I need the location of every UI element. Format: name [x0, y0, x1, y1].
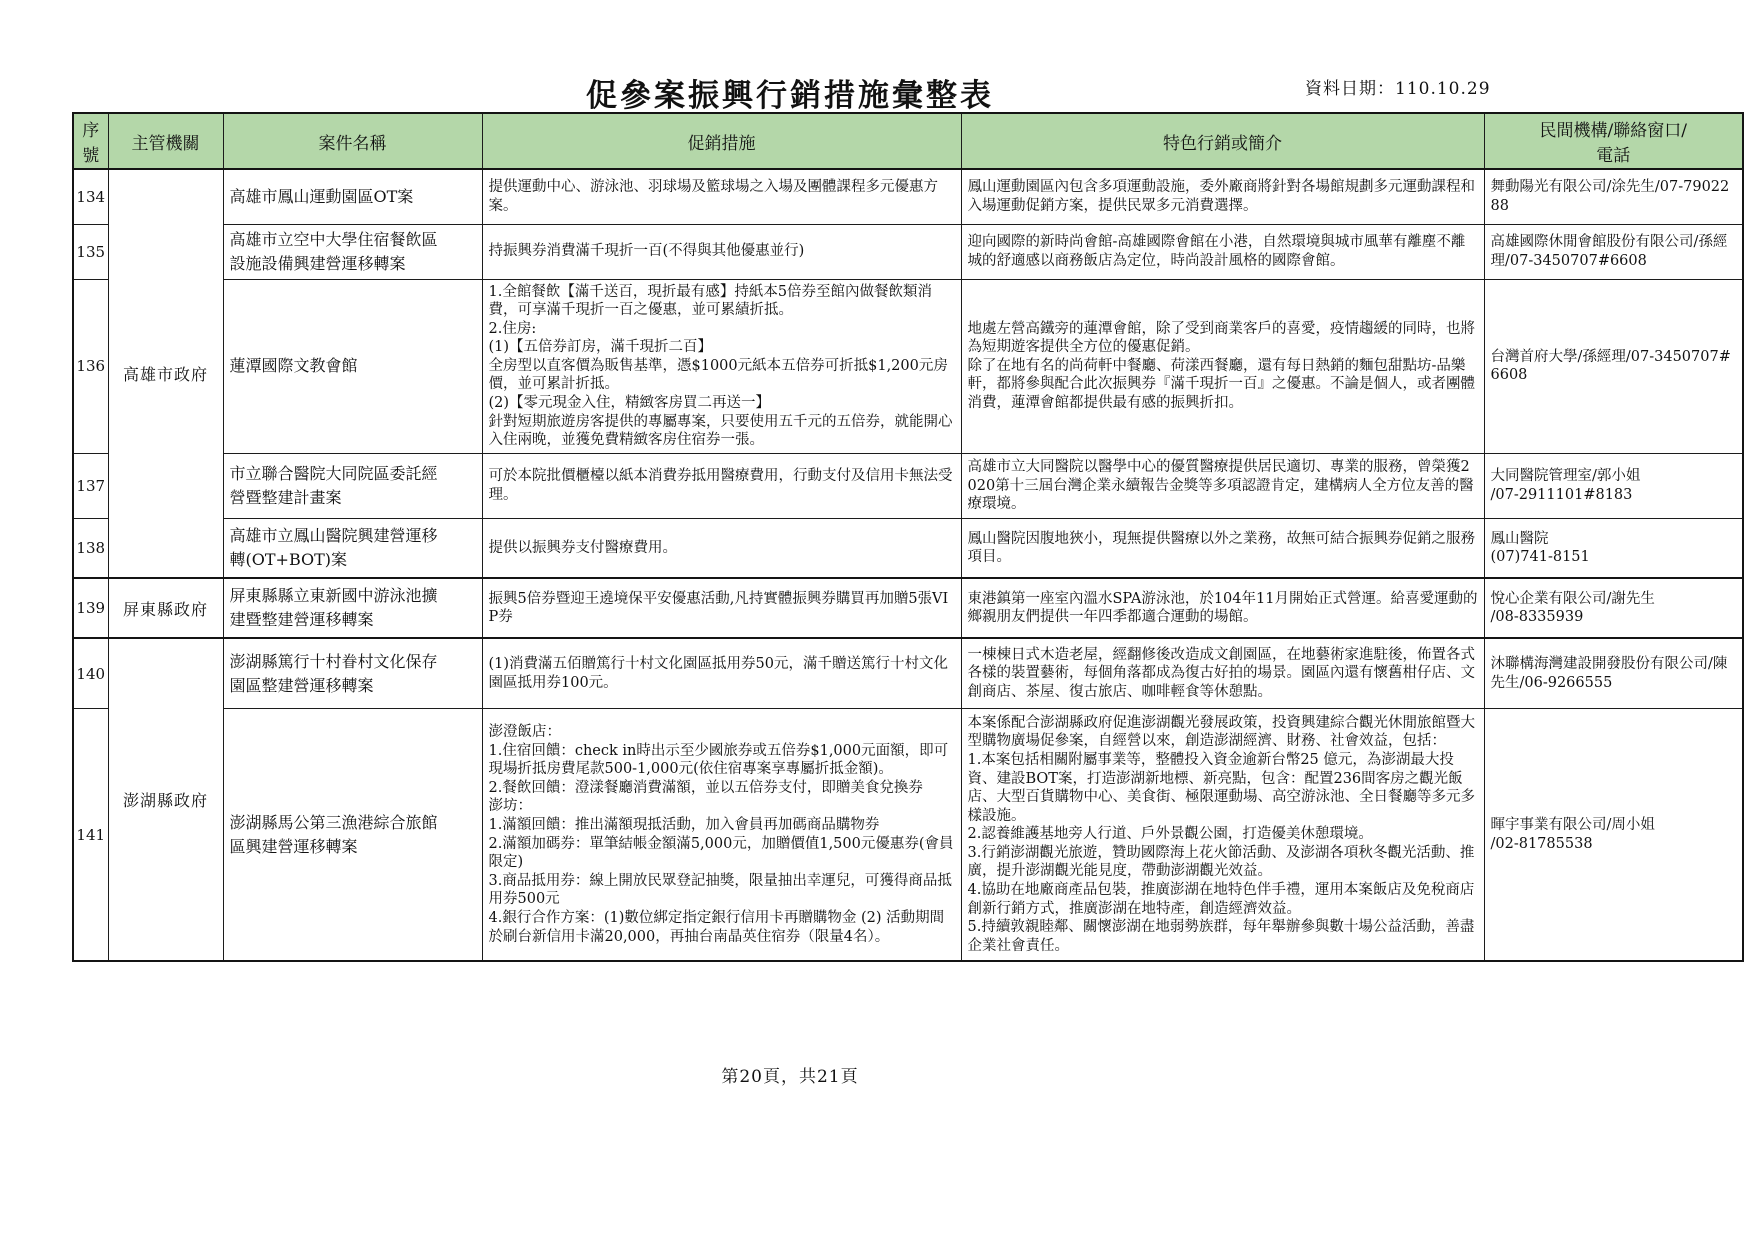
serial-cell: 135	[73, 224, 108, 279]
promo-cell: 澎澄飯店： 1.住宿回饋：check in時出示至少國旅券或五倍券$1,000元…	[482, 708, 961, 961]
header-case-name: 案件名稱	[223, 113, 482, 169]
contact-cell: 沐聯構海灣建設開發股份有限公司/陳先生/06-9266555	[1484, 638, 1743, 708]
case-name-cell: 市立聯合醫院大同院區委託經 營暨整建計畫案	[223, 453, 482, 518]
contact-cell: 鳳山醫院 (07)741-8151	[1484, 518, 1743, 578]
case-name-cell: 屏東縣縣立東新國中游泳池擴 建暨整建營運移轉案	[223, 578, 482, 638]
table-row: 141 澎湖縣馬公第三漁港綜合旅館 區興建營運移轉案 澎澄飯店： 1.住宿回饋：…	[73, 708, 1743, 961]
promo-cell: 振興5倍券暨迎王遶境保平安優惠活動,凡持實體振興券購買再加贈5張VIP券	[482, 578, 961, 638]
promo-cell: 提供運動中心、游泳池、羽球場及籃球場之入場及團體課程多元優惠方案。	[482, 169, 961, 224]
serial-cell: 140	[73, 638, 108, 708]
feature-cell: 一棟棟日式木造老屋，經翻修後改造成文創園區，在地藝術家進駐後，佈置各式各樣的裝置…	[961, 638, 1484, 708]
document-page: 促參案振興行銷措施彙整表 資料日期：110.10.29 序號 主管機關 案件名稱…	[0, 0, 1754, 1240]
case-name-cell: 高雄市立空中大學住宿餐飲區 設施設備興建營運移轉案	[223, 224, 482, 279]
agency-cell-kaohsiung: 高雄市政府	[108, 169, 223, 578]
case-name-cell: 澎湖縣篤行十村眷村文化保存 園區整建營運移轉案	[223, 638, 482, 708]
data-date-label: 資料日期：110.10.29	[1305, 74, 1491, 99]
table-row: 137 市立聯合醫院大同院區委託經 營暨整建計畫案 可於本院批價櫃檯以紙本消費券…	[73, 453, 1743, 518]
header-contact: 民間機構/聯絡窗口/ 電話	[1484, 113, 1743, 169]
promo-measures-table: 序號 主管機關 案件名稱 促銷措施 特色行銷或簡介 民間機構/聯絡窗口/ 電話 …	[72, 112, 1744, 962]
serial-cell: 136	[73, 279, 108, 453]
feature-cell: 鳳山醫院因腹地狹小，現無提供醫療以外之業務，故無可結合振興券促銷之服務項目。	[961, 518, 1484, 578]
table-row: 139 屏東縣政府 屏東縣縣立東新國中游泳池擴 建暨整建營運移轉案 振興5倍券暨…	[73, 578, 1743, 638]
contact-cell: 台灣首府大學/孫經理/07-3450707#6608	[1484, 279, 1743, 453]
promo-cell: (1)消費滿五佰贈篤行十村文化園區抵用券50元，滿千贈送篤行十村文化園區抵用券1…	[482, 638, 961, 708]
table-row: 140 澎湖縣政府 澎湖縣篤行十村眷村文化保存 園區整建營運移轉案 (1)消費滿…	[73, 638, 1743, 708]
promo-cell: 可於本院批價櫃檯以紙本消費券抵用醫療費用，行動支付及信用卡無法受理。	[482, 453, 961, 518]
table-row: 138 高雄市立鳳山醫院興建營運移 轉(OT+BOT)案 提供以振興券支付醫療費…	[73, 518, 1743, 578]
header-serial: 序號	[73, 113, 108, 169]
promo-cell: 提供以振興券支付醫療費用。	[482, 518, 961, 578]
header-promo: 促銷措施	[482, 113, 961, 169]
page-number: 第20頁，共21頁	[0, 1062, 1580, 1087]
feature-cell: 地處左營高鐵旁的蓮潭會館，除了受到商業客戶的喜愛，疫情趨緩的同時，也將為短期遊客…	[961, 279, 1484, 453]
feature-cell: 高雄市立大同醫院以醫學中心的優質醫療提供居民適切、專業的服務，曾榮獲2020第十…	[961, 453, 1484, 518]
case-name-cell: 高雄市立鳳山醫院興建營運移 轉(OT+BOT)案	[223, 518, 482, 578]
case-name-cell: 蓮潭國際文教會館	[223, 279, 482, 453]
feature-cell: 迎向國際的新時尚會館-高雄國際會館在小港，自然環境與城市風華有離塵不離城的舒適感…	[961, 224, 1484, 279]
serial-cell: 138	[73, 518, 108, 578]
serial-cell: 134	[73, 169, 108, 224]
promo-cell: 1.全館餐飲【滿千送百，現折最有感】持紙本5倍券至館內做餐飲類消費，可享滿千現折…	[482, 279, 961, 453]
contact-cell: 高雄國際休閒會館股份有限公司/孫經理/07-3450707#6608	[1484, 224, 1743, 279]
feature-cell: 本案係配合澎湖縣政府促進澎湖觀光發展政策，投資興建綜合觀光休閒旅館暨大型購物廣場…	[961, 708, 1484, 961]
agency-cell-pingtung: 屏東縣政府	[108, 578, 223, 638]
serial-cell: 139	[73, 578, 108, 638]
table-row: 134 高雄市政府 高雄市鳳山運動園區OT案 提供運動中心、游泳池、羽球場及籃球…	[73, 169, 1743, 224]
header-row: 序號 主管機關 案件名稱 促銷措施 特色行銷或簡介 民間機構/聯絡窗口/ 電話	[73, 113, 1743, 169]
contact-cell: 悅心企業有限公司/謝先生 /08-8335939	[1484, 578, 1743, 638]
contact-cell: 舞動陽光有限公司/涂先生/07-7902288	[1484, 169, 1743, 224]
case-name-cell: 高雄市鳳山運動園區OT案	[223, 169, 482, 224]
header-feature: 特色行銷或簡介	[961, 113, 1484, 169]
table-row: 135 高雄市立空中大學住宿餐飲區 設施設備興建營運移轉案 持振興券消費滿千現折…	[73, 224, 1743, 279]
agency-cell-penghu: 澎湖縣政府	[108, 638, 223, 961]
case-name-cell: 澎湖縣馬公第三漁港綜合旅館 區興建營運移轉案	[223, 708, 482, 961]
contact-cell: 大同醫院管理室/郭小姐 /07-2911101#8183	[1484, 453, 1743, 518]
promo-cell: 持振興券消費滿千現折一百(不得與其他優惠並行)	[482, 224, 961, 279]
table-row: 136 蓮潭國際文教會館 1.全館餐飲【滿千送百，現折最有感】持紙本5倍券至館內…	[73, 279, 1743, 453]
serial-cell: 137	[73, 453, 108, 518]
feature-cell: 鳳山運動園區內包含多項運動設施，委外廠商將針對各場館規劃多元運動課程和入場運動促…	[961, 169, 1484, 224]
serial-cell: 141	[73, 708, 108, 961]
contact-cell: 暉宇事業有限公司/周小姐 /02-81785538	[1484, 708, 1743, 961]
header-agency: 主管機關	[108, 113, 223, 169]
feature-cell: 東港鎮第一座室內溫水SPA游泳池，於104年11月開始正式營運。給喜愛運動的鄉親…	[961, 578, 1484, 638]
